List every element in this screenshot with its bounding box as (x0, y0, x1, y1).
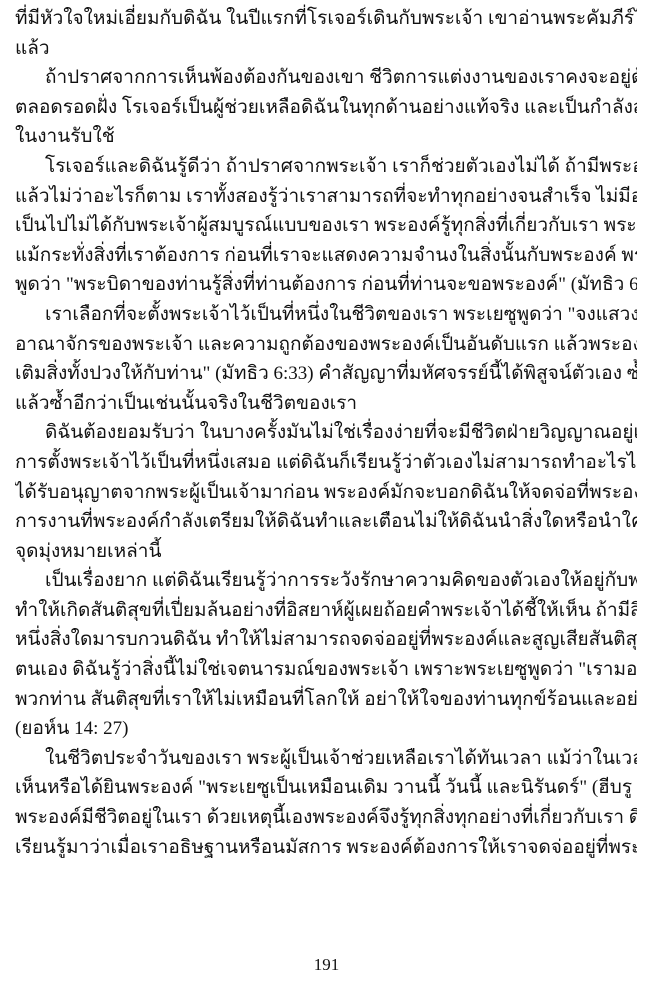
text-line: เราเลือกที่จะตั้งพระเจ้าไว้เป็นที่หนึ่งใ… (15, 300, 637, 330)
text-line: เห็นหรือได้ยินพระองค์ "พระเยซูเป็นเหมือน… (15, 773, 637, 803)
text-line: พูดว่า "พระบิดาของท่านรู้สิ่งที่ท่านต้อง… (15, 270, 637, 300)
text-line: อาณาจักรของพระเจ้า และความถูกต้องของพระอ… (15, 330, 637, 360)
text-line: โรเจอร์และดิฉันรู้ดีว่า ถ้าปราศจากพระเจ้… (15, 152, 637, 182)
text-line: เป็นไปไม่ได้กับพระเจ้าผู้สมบูรณ์แบบของเร… (15, 211, 637, 241)
text-line: เรียนรู้มาว่าเมื่อเราอธิษฐานหรือนมัสการ … (15, 833, 637, 863)
text-line: ที่มีหัวใจใหม่เอี่ยมกับดิฉัน ในปีแรกที่โ… (15, 4, 637, 34)
text-line: การตั้งพระเจ้าไว้เป็นที่หนึ่งเสมอ แต่ดิฉ… (15, 448, 637, 478)
text-line: ในงานรับใช้ (15, 122, 637, 152)
text-line: ถ้าปราศจากการเห็นพ้องต้องกันของเขา ชีวิต… (15, 63, 637, 93)
text-line: แล้วซ้ำอีกว่าเป็นเช่นนั้นจริงในชีวิตของเ… (15, 389, 637, 419)
paragraph: ที่มีหัวใจใหม่เอี่ยมกับดิฉัน ในปีแรกที่โ… (15, 4, 637, 63)
text-line: การงานที่พระองค์กำลังเตรียมให้ดิฉันทำและ… (15, 507, 637, 537)
text-line: ทำให้เกิดสันติสุขที่เปี่ยมล้นอย่างที่อิส… (15, 596, 637, 626)
paragraph: โรเจอร์และดิฉันรู้ดีว่า ถ้าปราศจากพระเจ้… (15, 152, 637, 300)
text-line: (ยอห์น 14: 27) (15, 714, 637, 744)
paragraph: ดิฉันต้องยอมรับว่า ในบางครั้งมันไม่ใช่เร… (15, 418, 637, 566)
paragraph: ในชีวิตประจำวันของเรา พระผู้เป็นเจ้าช่วย… (15, 744, 637, 862)
text-line: ในชีวิตประจำวันของเรา พระผู้เป็นเจ้าช่วย… (15, 744, 637, 774)
text-line: ตนเอง ดิฉันรู้ว่าสิ่งนี้ไม่ใช่เจตนารมณ์ข… (15, 655, 637, 685)
text-line: แล้วไม่ว่าอะไรก็ตาม เราทั้งสองรู้ว่าเราส… (15, 182, 637, 212)
text-line: พระองค์มีชีวิตอยู่ในเรา ด้วยเหตุนี้เองพร… (15, 803, 637, 833)
text-line: เป็นเรื่องยาก แต่ดิฉันเรียนรู้ว่าการระวั… (15, 566, 637, 596)
paragraph: ถ้าปราศจากการเห็นพ้องต้องกันของเขา ชีวิต… (15, 63, 637, 152)
text-line: หนึ่งสิ่งใดมารบกวนดิฉัน ทำให้ไม่สามารถจด… (15, 625, 637, 655)
text-line: เติมสิ่งทั้งปวงให้กับท่าน" (มัทธิว 6:33)… (15, 359, 637, 389)
text-line: แม้กระทั่งสิ่งที่เราต้องการ ก่อนที่เราจะ… (15, 241, 637, 271)
page-number: 191 (0, 955, 653, 975)
text-line: ตลอดรอดฝั่ง โรเจอร์เป็นผู้ช่วยเหลือดิฉัน… (15, 93, 637, 123)
document-body: ที่มีหัวใจใหม่เอี่ยมกับดิฉัน ในปีแรกที่โ… (15, 4, 637, 862)
paragraph: เราเลือกที่จะตั้งพระเจ้าไว้เป็นที่หนึ่งใ… (15, 300, 637, 418)
text-line: แล้ว (15, 34, 637, 64)
text-line: จุดมุ่งหมายเหล่านี้ (15, 537, 637, 567)
paragraph: เป็นเรื่องยาก แต่ดิฉันเรียนรู้ว่าการระวั… (15, 566, 637, 744)
text-line: พวกท่าน สันติสุขที่เราให้ไม่เหมือนที่โลก… (15, 685, 637, 715)
text-line: ได้รับอนุญาตจากพระผู้เป็นเจ้ามาก่อน พระอ… (15, 478, 637, 508)
text-line: ดิฉันต้องยอมรับว่า ในบางครั้งมันไม่ใช่เร… (15, 418, 637, 448)
